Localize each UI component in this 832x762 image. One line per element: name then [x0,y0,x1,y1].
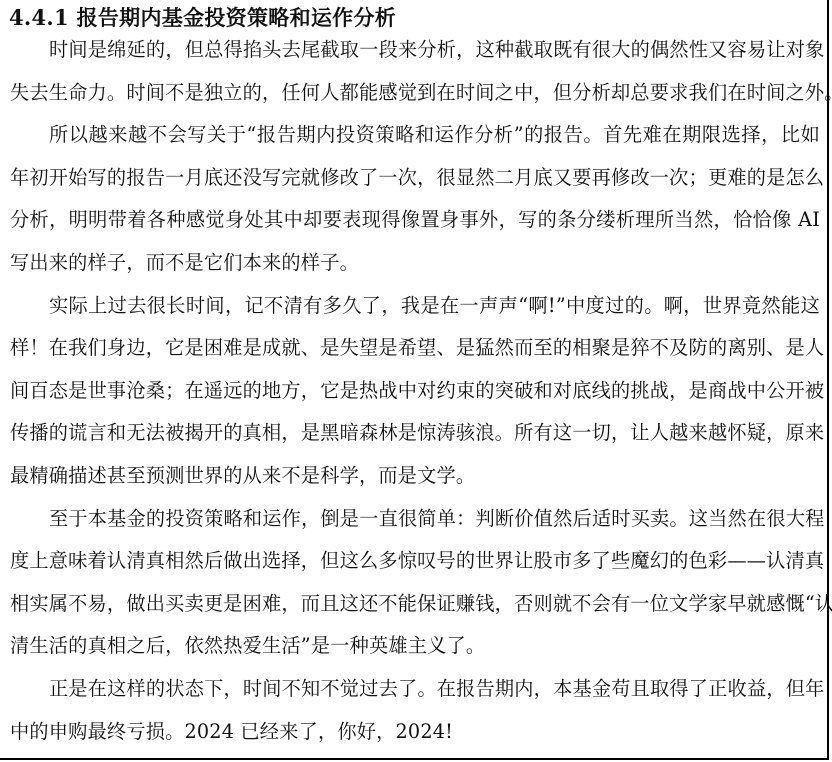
text-line: 分析，明明带着各种感觉身处其中却要表现得像置身事外，写的条分缕析理所当然，恰恰像… [10,204,820,247]
text-line: 至于本基金的投资策略和运作，倒是一直很简单：判断价值然后适时买卖。这当然在很大程 [10,503,820,546]
paragraph-5: 正是在这样的状态下，时间不知不觉过去了。在报告期内，本基金苟且取得了正收益，但年… [10,673,820,758]
text-line: 度上意味着认清真相然后做出选择，但这么多惊叹号的世界让股市多了些魔幻的色彩——认… [10,545,820,588]
text-line: 写出来的样子，而不是它们本来的样子。 [10,247,820,290]
text-line: 传播的谎言和无法被揭开的真相，是黑暗森林是惊涛骇浪。所有这一切，让人越来越怀疑，… [10,417,820,460]
section-title: 4.4.1 报告期内基金投资策略和运作分析 [9,4,396,32]
text-line: 年初开始写的报告一月底还没写完就修改了一次，很显然二月底又要再修改一次；更难的是… [10,162,820,205]
text-line: 所以越来越不会写关于“报告期内投资策略和运作分析”的报告。首先难在期限选择，比如 [10,119,820,162]
text-line: 正是在这样的状态下，时间不知不觉过去了。在报告期内，本基金苟且取得了正收益，但年 [10,673,820,716]
text-line: 最精确描述甚至预测世界的从来不是科学，而是文学。 [10,460,820,503]
document-page: 4.4.1 报告期内基金投资策略和运作分析 时间是绵延的，但总得掐头去尾截取一段… [0,0,829,760]
text-line: 样！在我们身边，它是困难是成就、是失望是希望、是猛然而至的相聚是猝不及防的离别、… [10,332,820,375]
text-line: 间百态是世事沧桑；在遥远的地方，它是热战中对约束的突破和对底线的挑战，是商战中公… [10,375,820,418]
body-text: 时间是绵延的，但总得掐头去尾截取一段来分析，这种截取既有很大的偶然性又容易让对象… [10,34,820,758]
paragraph-1: 时间是绵延的，但总得掐头去尾截取一段来分析，这种截取既有很大的偶然性又容易让对象… [10,34,820,119]
text-line: 相实属不易，做出买卖更是困难，而且这还不能保证赚钱，否则就不会有一位文学家早就感… [10,588,820,631]
paragraph-2: 所以越来越不会写关于“报告期内投资策略和运作分析”的报告。首先难在期限选择，比如… [10,119,820,289]
text-line: 实际上过去很长时间，记不清有多久了，我是在一声声“啊!”中度过的。啊，世界竟然能… [10,290,820,333]
paragraph-4: 至于本基金的投资策略和运作，倒是一直很简单：判断价值然后适时买卖。这当然在很大程… [10,503,820,673]
text-line: 中的申购最终亏损。2024 已经来了，你好，2024! [10,716,820,759]
paragraph-3: 实际上过去很长时间，记不清有多久了，我是在一声声“啊!”中度过的。啊，世界竟然能… [10,290,820,503]
text-line: 失去生命力。时间不是独立的，任何人都能感觉到在时间之中，但分析却总要求我们在时间… [10,77,820,120]
text-line: 时间是绵延的，但总得掐头去尾截取一段来分析，这种截取既有很大的偶然性又容易让对象 [10,34,820,77]
text-line: 清生活的真相之后，依然热爱生活”是一种英雄主义了。 [10,630,820,673]
